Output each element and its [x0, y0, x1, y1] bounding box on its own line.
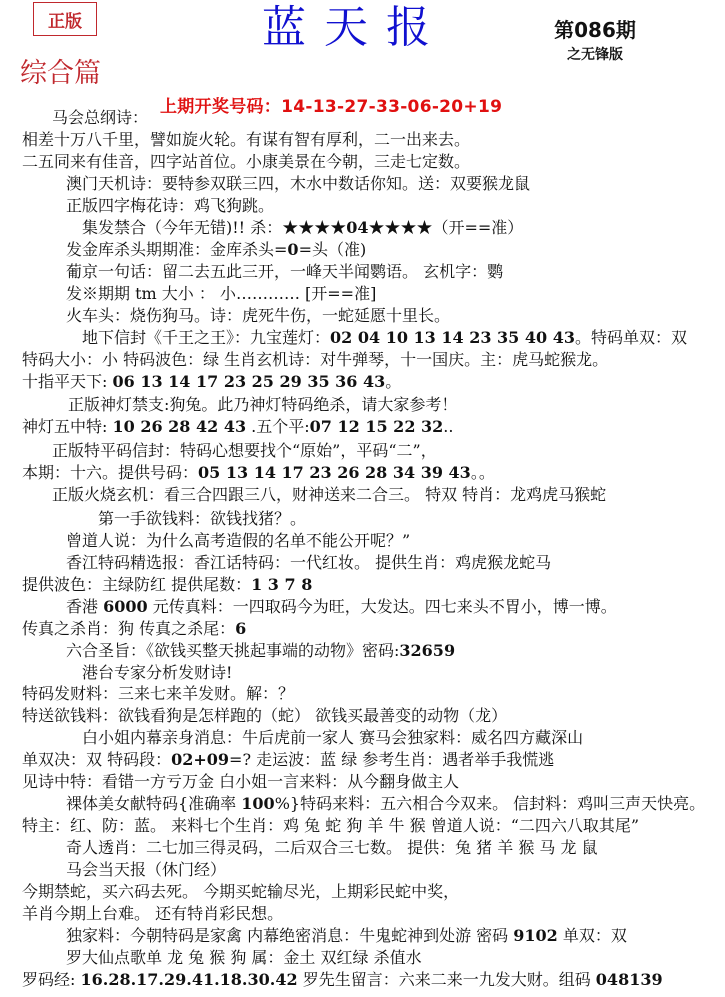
- text-line: 神灯五中特: 10 26 28 42 43 .五个平:07 12 15 22 3…: [22, 417, 453, 437]
- text-line: 特主：红、防：蓝。 来料七个生肖：鸡 兔 蛇 狗 羊 牛 猴 曾道人说：“二四六…: [22, 816, 639, 836]
- text-line: 港台专家分析发财诗!: [82, 663, 232, 683]
- text-line: 第一手欲钱料：欲钱找猪？。: [98, 509, 306, 529]
- text-line: 今期禁蛇，买六码去死。 今期买蛇输尽光，上期彩民蛇中奖，: [22, 882, 459, 902]
- authentic-edition-stamp: 正版: [33, 2, 97, 36]
- text-line: 十指平天下: 06 13 14 17 23 25 29 35 36 43。: [22, 372, 401, 392]
- last-draw-result: 上期开奖号码：14-13-27-33-06-20+19: [160, 92, 502, 117]
- section-heading: 综合篇: [20, 58, 101, 90]
- text-line: 特码发财料：三来七来羊发财。解：？: [22, 684, 294, 704]
- text-line: 见诗中特：看错一方亏万金 白小姐一言来料：从今翻身做主人: [22, 772, 459, 792]
- text-line: 香江特码精选报：香江话特码：一代红妆。 提供生肖：鸡虎猴龙蛇马: [66, 553, 551, 573]
- text-line: 提供波色：主绿防红 提供尾数：1 3 7 8: [22, 575, 312, 595]
- text-line: 澳门天机诗：要特参双联三四，木水中数话你知。送：双要猴龙鼠: [66, 174, 530, 194]
- text-line: 独家料：今朝特码是家禽 内幕绝密消息：牛鬼蛇神到处游 密码 9102 单双：双: [66, 926, 627, 946]
- text-line: 羊肖今期上台难。 还有特肖彩民想。: [22, 904, 283, 924]
- text-line: 本期：十六。提供号码：05 13 14 17 23 26 28 34 39 43…: [22, 463, 495, 483]
- text-line: 地下信封《千王之王》：九宝莲灯：02 04 10 13 14 23 35 40 …: [82, 328, 687, 348]
- text-line: 罗大仙点歌单 龙 兔 猴 狗 属：金土 双红绿 杀值水: [66, 948, 422, 968]
- newspaper-title: 蓝天报: [250, 4, 460, 52]
- text-line: 曾道人说：为什么高考造假的名单不能公开呢？”: [66, 531, 410, 551]
- last-draw-label: 上期开奖号码：: [160, 97, 281, 117]
- text-line: 相差十万八千里，譬如旋火轮。有谋有智有厚利，二一出来去。: [22, 130, 470, 150]
- text-line: 单双决：双 特码段：02+09=? 走运波：蓝 绿 参考生肖：遇者举手我慌逃: [22, 750, 554, 770]
- text-line: 二五同来有佳音，四字站首位。小康美景在今朝，三走七定数。: [22, 152, 470, 172]
- text-line: 裸体美女献特码{准确率 100%}特码来料：五六相合今双来。 信封料：鸡叫三声天…: [66, 794, 705, 814]
- text-line: 六合圣旨：《欲钱买整天挑起事端的动物》密码:32659: [66, 641, 455, 661]
- text-line: 特送欲钱料：欲钱看狗是怎样跑的（蛇） 欲钱买最善变的动物（龙）: [22, 706, 507, 726]
- issue-number: 第086期: [550, 18, 640, 42]
- text-line: 正版神灯禁支:狗兔。此乃神灯特码绝杀，请大家参考！: [68, 395, 457, 415]
- text-line: 白小姐内幕亲身消息：牛后虎前一家人 赛马会独家料：威名四方藏深山: [82, 728, 583, 748]
- text-line: 发※期期 tm 大小 ： 小………… [开==准]: [66, 284, 376, 304]
- text-line: 香港 6000 元传真料：一四取码今为旺，大发达。四七来头不胃小，博一博。: [66, 597, 617, 617]
- text-line: 马会当天报（休门经）: [66, 860, 226, 880]
- text-line: 发金库杀头期期准：金库杀头=0=头（准): [66, 240, 366, 260]
- text-line: 马会总纲诗：: [52, 108, 148, 128]
- text-line: 特码大小：小 特码波色：绿 生肖玄机诗：对牛弹琴，十一国庆。主：虎马蛇猴龙。: [22, 350, 608, 370]
- text-line: 传真之杀肖：狗 传真之杀尾：6: [22, 619, 246, 639]
- text-line: 火车头：烧伤狗马。诗：虎死牛伤，一蛇延愿十里长。: [66, 306, 450, 326]
- last-draw-numbers: 14-13-27-33-06-20+19: [281, 97, 502, 117]
- text-line: 奇人透肖：二七加三得灵码，二后双合三七数。 提供：兔 猪 羊 猴 马 龙 鼠: [66, 838, 598, 858]
- text-line: 正版特平码信封：特码心想要找个“原始”，平码“二”，: [52, 441, 437, 461]
- text-line: 正版火烧玄机：看三合四跟三八，财神送来二合三。 特双 特肖：龙鸡虎马猴蛇: [52, 485, 606, 505]
- text-line: 正版四字梅花诗：鸡飞狗跳。: [66, 196, 274, 216]
- text-line: 葡京一句话：留二去五此三开，一峰天半闻鹦语。 玄机字：鹦: [66, 262, 503, 282]
- text-line: 集发禁合（今年无错)!! 杀：★★★★04★★★★（开==准）: [82, 218, 523, 238]
- text-line: 罗码经: 16.28.17.29.41.18.30.42 罗先生留言：六来二来一…: [22, 970, 663, 990]
- edition-label: 之无锋版: [550, 44, 640, 64]
